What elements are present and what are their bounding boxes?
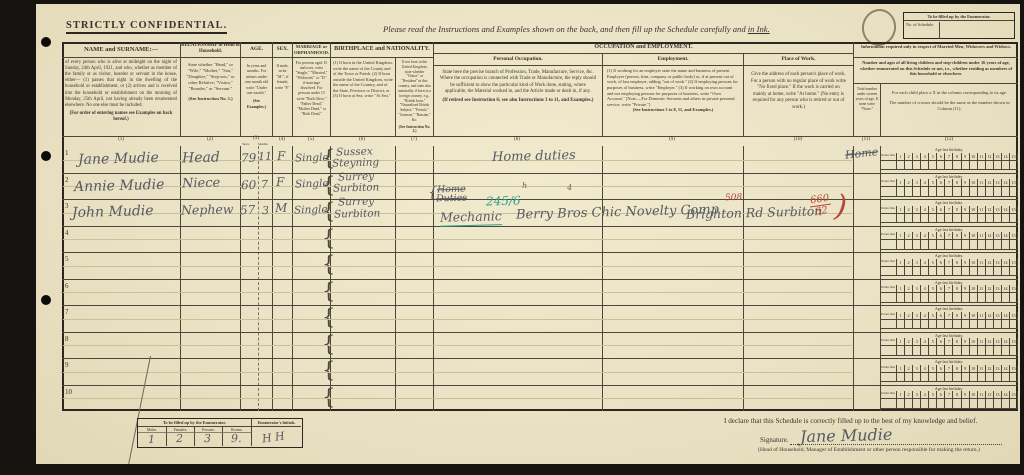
col-title-relationship: RELATIONSHIP to Head of Household. <box>180 42 240 58</box>
col-num-8: (8) <box>514 137 520 142</box>
entry-relationship: Head <box>182 150 220 167</box>
col-body-employment: (1) If working for an employer state the… <box>602 66 743 136</box>
col-body-birthplace: (1) If born in the United Kingdom, write… <box>330 58 395 136</box>
signature-label: Signature. <box>760 436 789 444</box>
entry-relationship: Niece <box>182 176 221 192</box>
col-body-place-of-work: Give the address of each person's place … <box>743 66 853 136</box>
entry-relationship: Nephew <box>181 201 234 217</box>
entry-birthplace-2: Steyning <box>332 156 379 169</box>
children-header-strip1: Information required only in respect of … <box>853 42 1018 58</box>
children-grid-note: For each child place a X in the column c… <box>880 84 1018 136</box>
entry-sex: F <box>277 149 286 163</box>
col-body-personal-occupation: State here the precise branch of Profess… <box>433 66 602 136</box>
schedule-box-title: To be filled up by the Enumerator. <box>904 13 1014 21</box>
col-title-name: NAME and SURNAME:— <box>62 42 180 58</box>
stray-tick-mark: 4 <box>567 183 572 192</box>
enumerator-initials-value: H H <box>261 429 285 445</box>
col-body-nationality: If not born in the United Kingdom, state… <box>395 58 433 136</box>
entry-marriage: Single <box>294 204 328 217</box>
punch-hole <box>41 295 51 305</box>
entry-birthplace-1: Surrey <box>338 196 374 209</box>
entry-age-years: 57 <box>240 203 256 217</box>
punch-hole <box>41 151 51 161</box>
entry-marriage: Single <box>295 152 329 165</box>
col-num-10: (10) <box>794 137 802 142</box>
enumerator-rooms-value: 9. <box>231 432 242 445</box>
red-code-annotation: 508 <box>725 193 742 203</box>
entry-name: John Mudie <box>72 203 154 221</box>
red-fraction-annotation: 660 62 <box>809 193 833 219</box>
col-num-3: (3) <box>253 136 259 141</box>
col-body-name: of every person who is alive at midnight… <box>62 58 180 136</box>
col-num-4: (4) <box>279 137 285 142</box>
confidential-title: STRICTLY CONFIDENTIAL. <box>66 20 227 34</box>
fill-in-ink-instruction: Please read the Instructions and Example… <box>383 24 770 34</box>
enumerator-totals-box: To be filled up by the Enumerator. Enume… <box>137 418 303 448</box>
punch-hole <box>41 37 51 47</box>
declaration-subtext: (Head of Household, Manager of Establish… <box>733 447 1005 453</box>
col-body-age: In years and months. For infants under o… <box>240 58 272 136</box>
col-title-birthplace: BIRTHPLACE and NATIONALITY. <box>330 42 433 58</box>
col-title-personal-occupation: Personal Occupation. <box>433 54 602 66</box>
col-num-9: (9) <box>669 137 675 142</box>
enumerator-initials-label: Enumerator's Initials. <box>251 419 301 427</box>
entry-age-months: 3 <box>262 204 269 217</box>
col-num-11: (11) <box>862 137 870 142</box>
col-title-employment: Employment. <box>602 54 743 66</box>
schedule-no-label: No. of Schedule. <box>906 22 940 39</box>
col-title-marriage: MARRIAGE or ORPHANHOOD. <box>292 42 330 58</box>
children-header-strip2: Number and ages of all living children a… <box>853 58 1018 84</box>
green-code-annotation: 245/6 <box>486 194 521 209</box>
instruction-main: Please read the Instructions and Example… <box>383 24 748 34</box>
entry-birthplace-2: Surbiton <box>333 181 380 194</box>
age-years-label: Years. <box>242 142 250 146</box>
entry-age-months: 11 <box>258 150 272 163</box>
entry-name: Jane Mudie <box>78 150 159 168</box>
col-body-relationship: State whether "Head," or "Wife," "Mother… <box>180 58 240 136</box>
entry-occupation: Mechanic <box>440 208 502 227</box>
entry-occupation: Home duties <box>492 148 576 165</box>
col-num-6: (6) <box>359 137 365 142</box>
col-num-2: (2) <box>207 137 213 142</box>
entry-name: Annie Mudie <box>74 177 165 195</box>
entry-age-months: 7 <box>261 178 268 191</box>
enumerator-box-title: To be filled up by the Enumerator. <box>138 419 251 427</box>
signature-value: Jane Mudie <box>800 425 893 446</box>
col-title-sex: SEX. <box>272 42 292 58</box>
stray-tick-mark: h <box>522 181 527 190</box>
col-num-12: (12) <box>945 137 953 142</box>
entry-sex: M <box>275 201 288 215</box>
col-title-place-of-work: Place of Work. <box>743 54 853 66</box>
schedule-number-box: To be filled up by the Enumerator. No. o… <box>903 12 1015 39</box>
enumerator-females-value: 2 <box>176 432 183 445</box>
enumerator-males-value: 1 <box>148 433 155 446</box>
enumerator-persons-value: 3 <box>204 432 211 445</box>
census-schedule-scan: STRICTLY CONFIDENTIAL. Please read the I… <box>0 0 1024 475</box>
col-num-1: (1) <box>118 137 124 142</box>
col-title-age: AGE. <box>240 42 272 58</box>
col-title-occupation: OCCUPATION and EMPLOYMENT. <box>433 42 853 54</box>
col-body-sex: If male, write "M."; if female, write "F… <box>272 58 292 136</box>
col-num-7: (7) <box>411 137 417 142</box>
number-strip-rule <box>62 136 1018 137</box>
entry-sex: F <box>276 175 285 189</box>
entry-age-years: 79 <box>241 151 257 165</box>
age-months-label: Months. <box>258 142 268 146</box>
children-total-header: Total number under sixteen years of age.… <box>853 84 880 136</box>
col-num-5: (5) <box>308 137 314 142</box>
entry-occupation-struck-2: Duties <box>436 193 467 205</box>
entry-age-years: 60 <box>241 178 257 192</box>
col-body-marriage: For persons aged 15 and over, write "Sin… <box>292 58 330 136</box>
declaration-text: I declare that this Schedule is correctl… <box>724 417 1024 425</box>
col-name-footnote: (For order of entering names see Example… <box>65 111 177 123</box>
entry-birthplace-2: Surbiton <box>334 207 381 220</box>
instruction-ink: in Ink. <box>748 24 770 34</box>
entry-marriage: Single <box>295 178 329 191</box>
